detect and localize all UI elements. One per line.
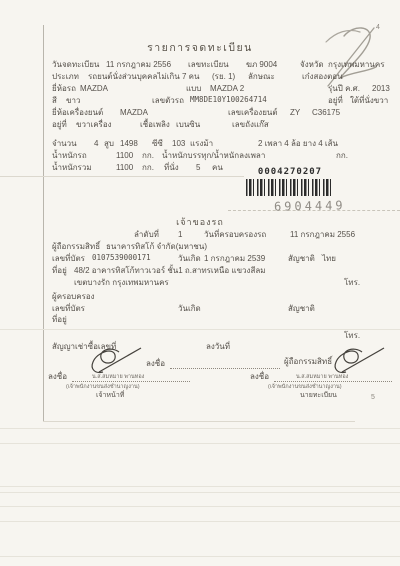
axles-text: 2 เพลา 4 ล้อ ยาง 4 เส้น: [258, 139, 338, 148]
owner-address-line2: เขตบางรัก กรุงเทพมหานคร: [74, 278, 169, 287]
scan-line: [0, 506, 400, 507]
possessor-address-label: ที่อยู่: [52, 315, 67, 324]
signature-left-scribble: [85, 344, 147, 378]
seats-value: 5: [196, 163, 200, 172]
model-label: แบบ: [186, 84, 201, 93]
owner-birth-label: วันเกิด: [178, 254, 201, 263]
left-role-label: เจ้าหน้าที่: [96, 392, 124, 400]
cylinders-value: 4: [94, 139, 98, 148]
scan-line: [0, 486, 400, 487]
cylinders-label: จำนวน: [52, 139, 77, 148]
owner-card-label: เลขที่บัตร: [52, 254, 85, 263]
engine-number-value: C36175: [312, 108, 340, 117]
chassis-location-value: ใต้ที่นั่งขวา: [350, 96, 388, 105]
chassis-number: MM8DE10Y100264714: [190, 96, 267, 105]
scan-line: [0, 556, 400, 557]
hp-value: 103: [172, 139, 185, 148]
weight-value: 1100: [116, 151, 133, 160]
body-style-label: ลักษณะ: [248, 72, 275, 81]
type-code: (รย. 1): [212, 72, 235, 81]
owner-card-number: 0107539000171: [92, 254, 151, 263]
signature-right-scribble: [328, 344, 390, 378]
cc-label: ซีซี: [152, 139, 163, 148]
sign-label-top: ลงชื่อ: [146, 359, 165, 368]
plate-label: เลขทะเบียน: [188, 60, 229, 69]
fuel-label: เชื้อเพลิง: [140, 120, 170, 129]
owner-nationality-value: ไทย: [322, 254, 336, 263]
fuel-value: เบนซิน: [176, 120, 200, 129]
owner-tel-label: โทร.: [344, 278, 360, 287]
handwritten-number-72: [316, 20, 382, 92]
weight-label: น้ำหนักรถ: [52, 151, 87, 160]
gross-weight-unit: กก.: [142, 163, 154, 172]
province-value: กรุงเทพมหานคร: [328, 60, 384, 69]
year-value: 2013: [372, 84, 390, 93]
right-role-label: นายทะเบียน: [300, 392, 337, 400]
scan-line: [0, 443, 400, 444]
bottom-page-number: 5: [371, 394, 375, 402]
weight-unit: กก.: [142, 151, 154, 160]
brand-value: MAZDA: [80, 84, 108, 93]
scan-line: [0, 428, 400, 429]
engine-model-value: ZY: [290, 108, 300, 117]
document-title: รายการจดทะเบียน: [0, 42, 400, 54]
registration-date-value: 11 กรกฎาคม 2556: [106, 60, 171, 69]
page-bottom-border: [43, 421, 355, 422]
year-label: รุ่นปี ค.ศ.: [328, 84, 360, 93]
type-value: รถยนต์นั่งส่วนบุคคลไม่เกิน 7 คน: [88, 72, 199, 81]
engine-location-label: อยู่ที่: [52, 120, 67, 129]
possession-date-label: วันที่ครอบครองรถ: [204, 230, 266, 239]
chassis-label: เลขตัวรถ: [152, 96, 184, 105]
owner-address-line1: 48/2 อาคารทิสโก้ทาวเวอร์ ชั้น1 ถ.สาทรเหน…: [74, 266, 266, 275]
left-stamp-title: (เจ้าพนักงานขนส่งชำนาญงาน): [66, 384, 140, 390]
model-value: MAZDA 2: [210, 84, 244, 93]
hp-label: แรงม้า: [190, 139, 213, 148]
gross-weight-value: 1100: [116, 163, 133, 172]
chassis-location-label: อยู่ที่: [328, 96, 343, 105]
barcode: [246, 179, 334, 196]
owner-seq-label: ลำดับที่: [134, 230, 159, 239]
color-value: ขาว: [66, 96, 80, 105]
owner-nationality-label: สัญชาติ: [288, 254, 315, 263]
body-style-value: เก๋งสองตอน: [302, 72, 343, 81]
engine-brand-label: ยี่ห้อเครื่องยนต์: [52, 108, 103, 117]
scan-line: [0, 521, 400, 522]
seats-unit: คน: [212, 163, 223, 172]
scan-line: [0, 329, 400, 330]
scan-line: [0, 492, 400, 493]
color-label: สี: [52, 96, 57, 105]
owner-seq-value: 1: [178, 230, 182, 239]
cylinders-unit: สูบ: [104, 139, 114, 148]
load-weight-label: น้ำหนักบรรทุก/น้ำหนักลงเพลา: [162, 151, 265, 160]
scanned-registration-document: 4 รายการจดทะเบียน วันจดทะเบียน 11 กรกฎาค…: [0, 0, 400, 566]
sign-label-right: ลงชื่อ: [250, 372, 269, 381]
plate-value: ฆภ 9004: [246, 60, 277, 69]
signature-dotted-line: [170, 367, 280, 369]
holder-label: ผู้ถือกรรมสิทธิ์: [52, 242, 100, 251]
possessor-card-label: เลขที่บัตร: [52, 304, 85, 313]
possessor-birth-label: วันเกิด: [178, 304, 201, 313]
left-stamp-name: น.ส.สมหมาย พานทอง: [92, 374, 144, 380]
possession-date-value: 11 กรกฎาคม 2556: [290, 230, 355, 239]
document-stamp-number: 6904449: [274, 198, 346, 213]
seats-label: ที่นั่ง: [164, 163, 179, 172]
engine-location-value: ขวาเครื่อง: [76, 120, 112, 129]
owner-birth-value: 1 กรกฎาคม 2539: [204, 254, 265, 263]
possessor-tel-label: โทร.: [344, 331, 360, 340]
divider-line: [0, 176, 244, 177]
contract-date-label: ลงวันที่: [206, 342, 230, 351]
owner-section-heading: เจ้าของรถ: [0, 217, 400, 227]
cc-value: 1498: [120, 139, 138, 148]
gross-weight-label: น้ำหนักรวม: [52, 163, 92, 172]
owner-address-label: ที่อยู่: [52, 266, 67, 275]
engine-number-label: เลขเครื่องยนต์: [228, 108, 278, 117]
province-label: จังหวัด: [300, 60, 324, 69]
gas-tank-label: เลขถังแก๊ส: [232, 120, 269, 129]
engine-brand-value: MAZDA: [120, 108, 148, 117]
barcode-number: 0004270207: [246, 167, 334, 177]
holder-signature-label: ผู้ถือกรรมสิทธิ์: [284, 357, 332, 366]
load-weight-unit: กก.: [336, 151, 348, 160]
type-label: ประเภท: [52, 72, 79, 81]
registration-date-label: วันจดทะเบียน: [52, 60, 99, 69]
possessor-nationality-label: สัญชาติ: [288, 304, 315, 313]
brand-label: ยี่ห้อรถ: [52, 84, 76, 93]
right-stamp-name: น.ส.สมหมาย พานทอง: [296, 374, 348, 380]
sign-label-left: ลงชื่อ: [48, 372, 67, 381]
possessor-heading: ผู้ครอบครอง: [52, 292, 95, 301]
right-stamp-title: (เจ้าพนักงานขนส่งชำนาญงาน): [268, 384, 342, 390]
holder-value: ธนาคารทิสโก้ จำกัด(มหาชน): [106, 242, 207, 251]
